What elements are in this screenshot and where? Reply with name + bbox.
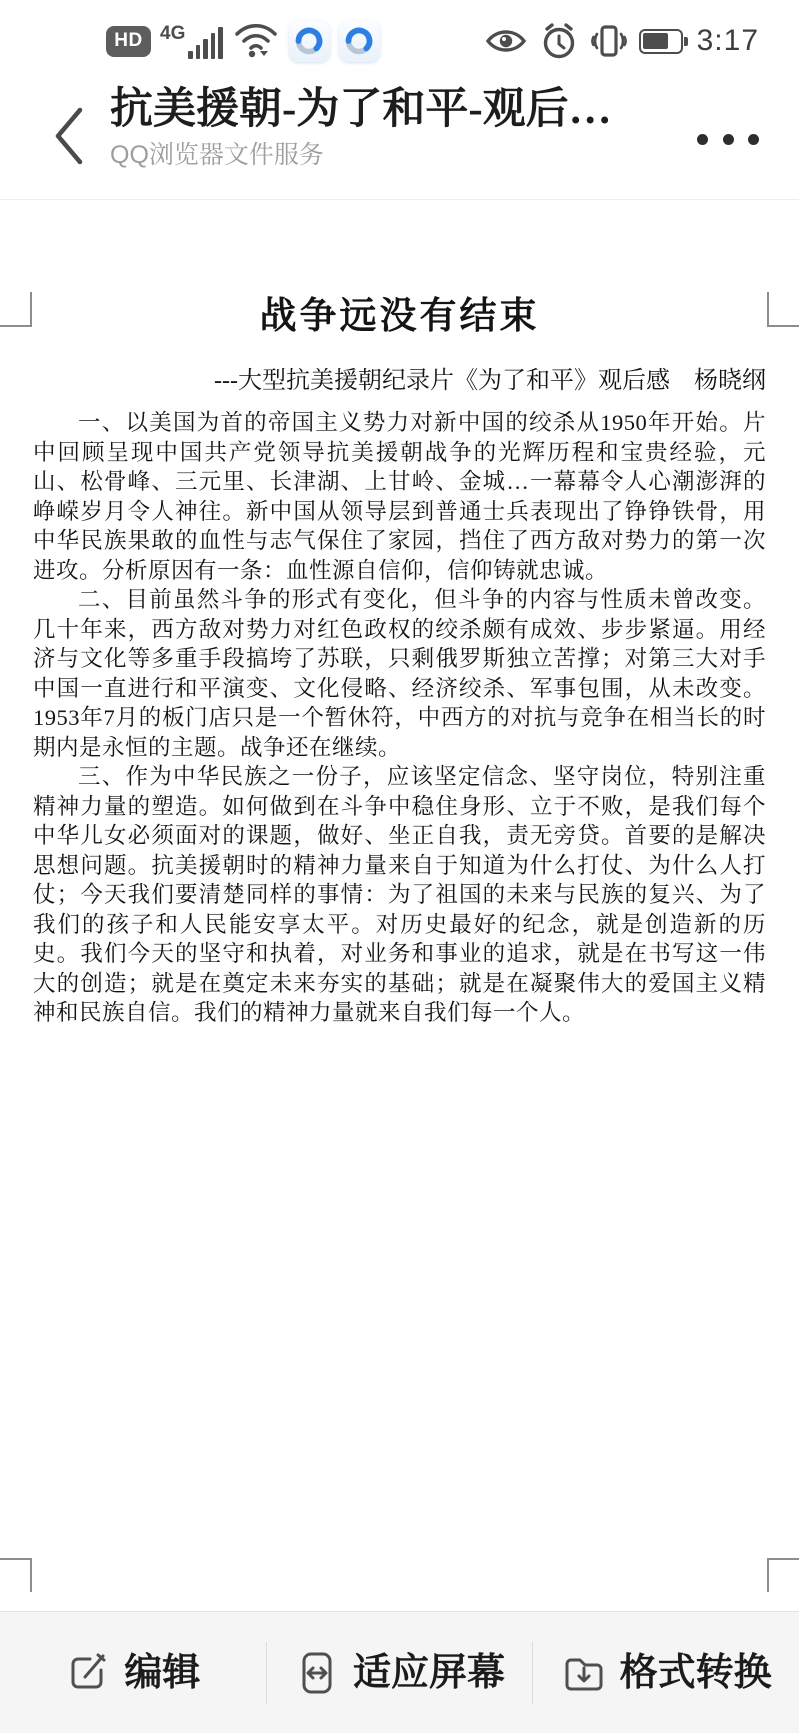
edit-pencil-icon xyxy=(65,1650,111,1696)
document-title: 战争远没有结束 xyxy=(33,294,766,340)
back-chevron-icon xyxy=(50,104,86,168)
battery-icon xyxy=(639,29,683,54)
format-convert-icon xyxy=(561,1650,607,1696)
paragraph: 三、作为中华民族之一份子，应该坚定信念、坚守岗位，特别注重精神力量的塑造。如何做… xyxy=(33,762,766,1028)
page-margin-mark-bottom-left xyxy=(0,1558,32,1592)
document-body: 一、以美国为首的帝国主义势力对新中国的绞杀从1950年开始。片中回顾呈现中国共产… xyxy=(33,408,766,1028)
bottom-toolbar: 编辑 适应屏幕 格式转换 xyxy=(0,1611,799,1733)
fit-screen-button[interactable]: 适应屏幕 xyxy=(267,1612,533,1733)
qq-browser-app-icon xyxy=(339,21,380,62)
cellular-signal-icon: 4G xyxy=(160,24,223,59)
format-convert-button[interactable]: 格式转换 xyxy=(533,1612,799,1733)
document-content: 战争远没有结束 ---大型抗美援朝纪录片《为了和平》观后感 杨晓纲 一、以美国为… xyxy=(33,294,766,1028)
eye-protection-icon xyxy=(484,26,528,56)
vibrate-mode-icon xyxy=(590,22,628,60)
phone-screen: { "status_bar": { "hd": "HD", "network":… xyxy=(0,0,799,1733)
alarm-clock-icon xyxy=(539,21,579,61)
fit-width-icon xyxy=(294,1650,340,1696)
network-type-label: 4G xyxy=(160,24,185,43)
file-source-label: QQ浏览器文件服务 xyxy=(110,140,655,170)
edit-button[interactable]: 编辑 xyxy=(0,1612,266,1733)
hd-badge-icon: HD xyxy=(106,26,151,57)
file-title: 抗美援朝-为了和平-观后… xyxy=(110,82,655,138)
page-margin-mark-top-left xyxy=(0,292,32,327)
document-byline: ---大型抗美援朝纪录片《为了和平》观后感 杨晓纲 xyxy=(33,366,766,396)
document-preview-page[interactable]: 战争远没有结束 ---大型抗美援朝纪录片《为了和平》观后感 杨晓纲 一、以美国为… xyxy=(0,200,799,1611)
menu-dot-icon xyxy=(723,134,734,145)
paragraph: 二、目前虽然斗争的形式有变化，但斗争的内容与性质未曾改变。几十年来，西方敌对势力… xyxy=(33,585,766,762)
page-margin-mark-top-right xyxy=(767,292,799,327)
menu-dot-icon xyxy=(697,134,708,145)
clock-time: 3:17 xyxy=(697,24,759,58)
paragraph: 一、以美国为首的帝国主义势力对新中国的绞杀从1950年开始。片中回顾呈现中国共产… xyxy=(33,408,766,585)
overflow-menu-button[interactable] xyxy=(697,124,759,154)
wifi-icon xyxy=(232,20,280,62)
fit-screen-button-label: 适应屏幕 xyxy=(353,1654,505,1692)
page-margin-mark-bottom-right xyxy=(767,1558,799,1592)
signal-bars-icon xyxy=(188,27,223,59)
document-viewer-header: 抗美援朝-为了和平-观后… QQ浏览器文件服务 xyxy=(0,76,799,200)
menu-dot-icon xyxy=(748,134,759,145)
qq-browser-app-icon xyxy=(289,21,330,62)
back-button[interactable] xyxy=(50,102,94,170)
format-convert-button-label: 格式转换 xyxy=(620,1654,772,1692)
edit-button-label: 编辑 xyxy=(124,1654,200,1692)
status-bar: HD 4G xyxy=(0,0,799,76)
